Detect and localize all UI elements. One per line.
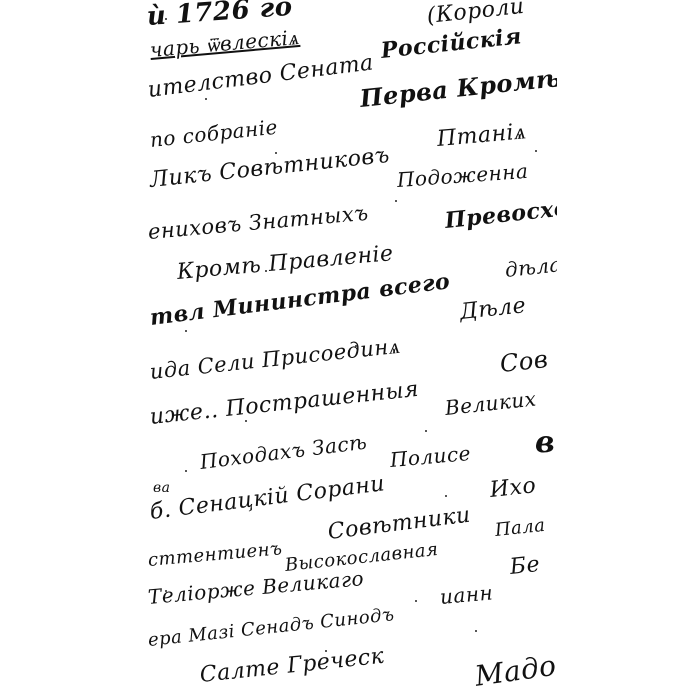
ink-speck [165,590,167,592]
manuscript-line: Полисе [389,441,472,472]
ink-speck [445,495,447,497]
ink-speck [205,98,207,100]
manuscript-page: ѝ 1726 го(Короличарь ѿвлескіѧРоссійскіяи… [145,0,557,700]
ink-speck [475,630,477,632]
ink-speck [275,152,277,154]
ink-speck [395,200,397,202]
manuscript-line: иже.. Пострашенныя [149,377,420,430]
manuscript-line: Теліорже Великаго [147,566,365,609]
manuscript-line: Бе [509,552,542,580]
ink-speck [245,420,247,422]
ink-speck [265,270,267,272]
manuscript-line: сттентиенъ [147,538,283,571]
manuscript-line: Совѣтники [326,503,472,545]
manuscript-line: Перва Кромѣ [358,63,557,113]
manuscript-line: Дѣле [459,293,528,325]
manuscript-line: ида Сели Присоединѧ [149,334,402,385]
manuscript-line: ера Мазі Сенадъ Синодъ [147,604,396,651]
ink-speck [425,430,427,432]
manuscript-line: ианн [439,580,494,609]
manuscript-line: ениховъ Знатныхъ [147,201,370,244]
manuscript-line: чарь ѿвлескіѧ [149,25,301,63]
manuscript-line: в [535,425,555,460]
manuscript-line: ва [153,480,171,496]
manuscript-line: Мадо [473,649,557,693]
ink-speck [535,150,537,152]
manuscript-line: Салте Греческ [199,644,386,688]
document-viewer: ѝ 1726 го(Короличарь ѿвлескіѧРоссійскіяи… [0,0,700,700]
manuscript-line: дѣла [504,252,557,282]
ink-speck [325,650,327,652]
manuscript-line: Птаніѧ [436,118,528,152]
ink-speck [185,470,187,472]
ink-speck [355,345,357,347]
ink-speck [415,600,417,602]
manuscript-line: Сов [499,345,550,378]
ink-speck [165,18,167,20]
ink-speck [185,330,187,332]
manuscript-line: Пала [494,515,547,541]
manuscript-line: Походахъ Засѣ [199,430,369,474]
manuscript-line: Подоженна [396,159,529,192]
manuscript-line: Великих [444,386,538,419]
manuscript-line: Превосхо [444,195,557,234]
manuscript-line: Россійскія [380,23,523,64]
manuscript-line: Ликъ Совѣтниковъ [149,143,391,193]
manuscript-line: Ихо [489,473,538,503]
manuscript-line: по собраніе [149,115,279,152]
